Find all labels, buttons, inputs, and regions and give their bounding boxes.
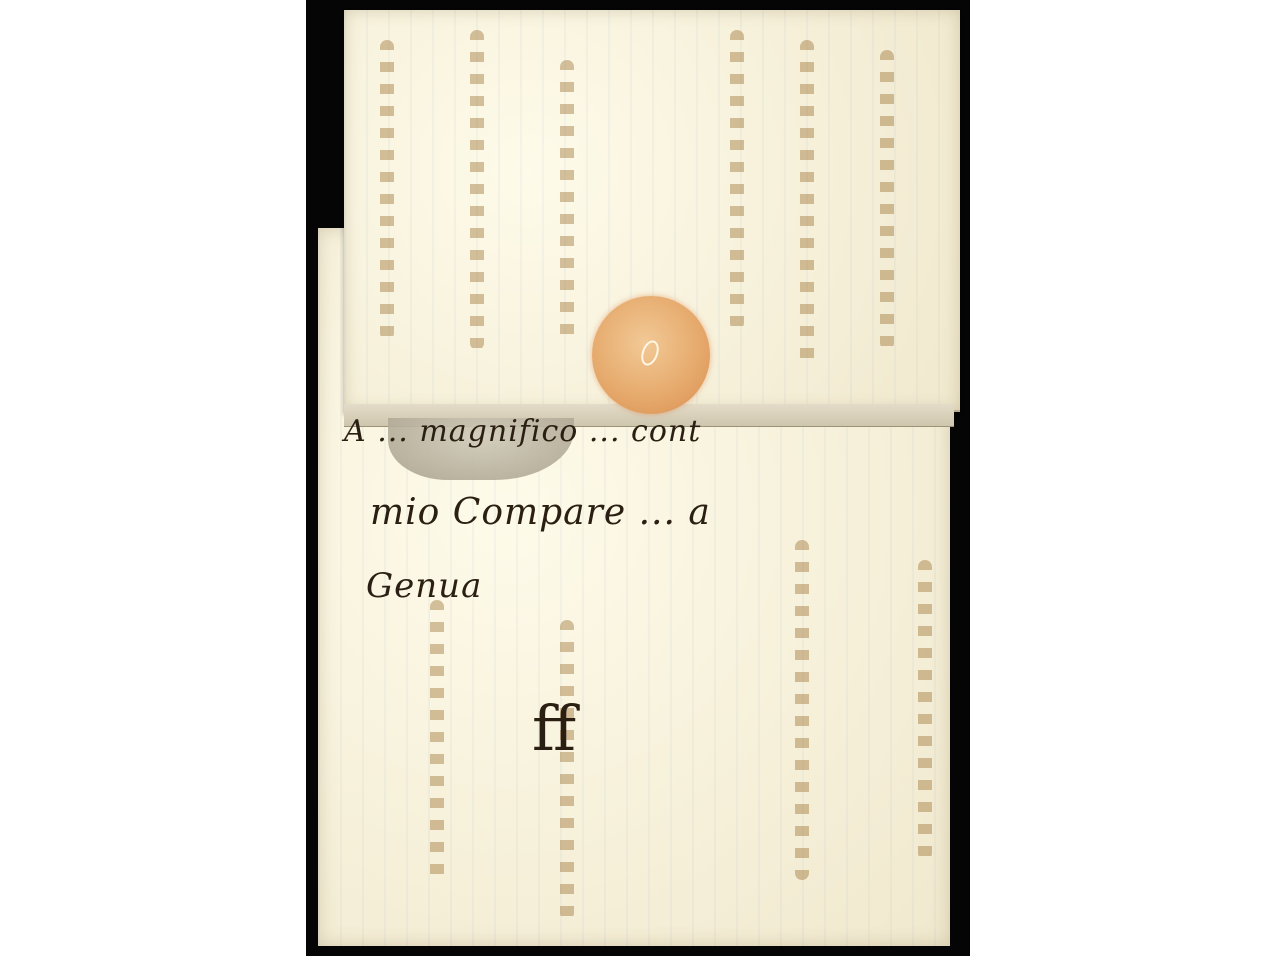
- ink-bleed-column: [795, 540, 809, 880]
- address-line-3: Genua: [366, 566, 482, 606]
- ink-bleed-column: [800, 40, 814, 370]
- ink-bleed-column: [880, 50, 894, 350]
- postal-rate-mark: ff: [532, 692, 576, 765]
- address-line-2: mio Compare ... a: [370, 492, 711, 533]
- ink-bleed-column: [560, 60, 574, 340]
- ink-bleed-column: [470, 30, 484, 350]
- address-line-1: A ... magnifico ... cont: [344, 414, 701, 449]
- wax-seal: [592, 296, 710, 414]
- ink-bleed-column: [430, 600, 444, 880]
- ink-bleed-column: [918, 560, 932, 860]
- ink-bleed-column: [380, 40, 394, 340]
- ink-bleed-column: [560, 620, 574, 920]
- ink-bleed-column: [730, 30, 744, 330]
